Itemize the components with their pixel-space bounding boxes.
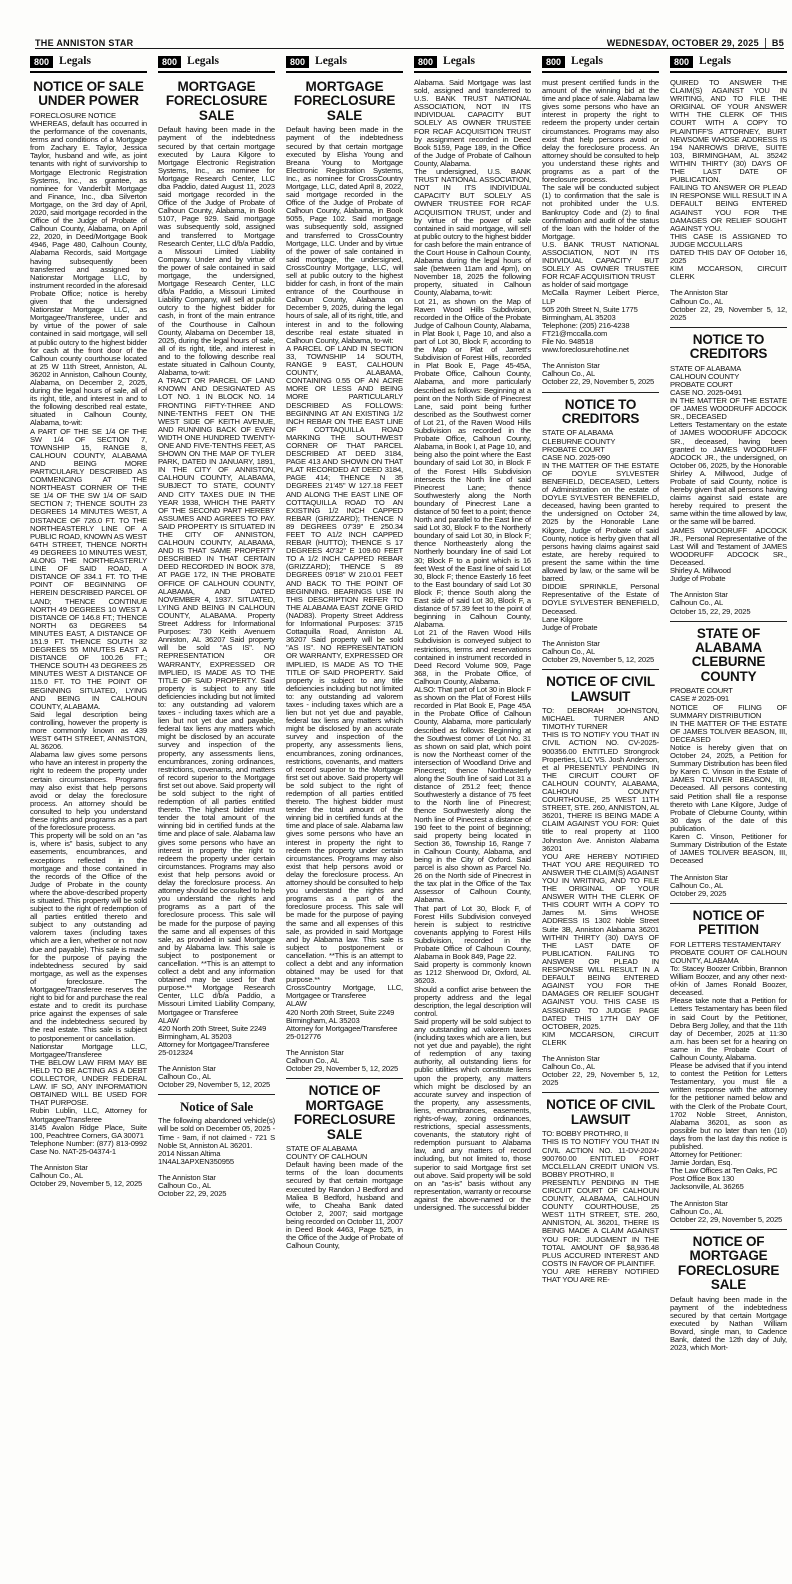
category-code: 800	[670, 56, 693, 68]
notice-heading: MORTGAGE FORECLOSURE SALE	[286, 80, 403, 123]
notice-heading: NOTICE TO CREDITORS	[542, 398, 659, 427]
notice-body: PROBATE COURT CASE # 2025-091 NOTICE OF …	[670, 687, 787, 897]
notice-heading: NOTICE OF CIVIL LAWSUIT	[542, 1098, 659, 1127]
legals-column: 800 Legals MORTGAGE FORECLOSURE SALEDefa…	[286, 56, 403, 1574]
notice-heading: NOTICE OF MORTGAGE FORECLOSURE SALE	[670, 1235, 787, 1293]
page-number: B5	[765, 38, 784, 48]
legal-notice: NOTICE TO CREDITORSSTATE OF ALABAMA CALH…	[670, 327, 787, 618]
page-header: THE ANNISTON STAR WEDNESDAY, OCTOBER 29,…	[35, 33, 784, 49]
notice-heading: NOTICE TO CREDITORS	[670, 333, 787, 362]
masthead: THE ANNISTON STAR	[35, 38, 133, 48]
legals-column: 800 Legals MORTGAGE FORECLOSURE SALEDefa…	[158, 56, 275, 1574]
notice-heading: NOTICE OF PETITION	[670, 909, 787, 938]
legals-column: 800 Legals QUIRED TO ANSWER THE CLAIM(S)…	[670, 56, 787, 1574]
newspaper-page: THE ANNISTON STAR WEDNESDAY, OCTOBER 29,…	[0, 0, 792, 1584]
notice-body: TO: BOBBY PROTHRO, II THIS IS TO NOTIFY …	[542, 1130, 659, 1284]
legal-notice: MORTGAGE FORECLOSURE SALEDefault having …	[286, 78, 403, 1075]
category-label: Legals	[315, 56, 347, 68]
legal-notice: MORTGAGE FORECLOSURE SALEDefault having …	[158, 78, 275, 1091]
legal-notice: Alabama. Said Mortgage was last sold, as…	[414, 78, 531, 1214]
category-label: Legals	[443, 56, 475, 68]
category-badge: 800 Legals	[542, 56, 659, 73]
notice-body: Default having been made in the payment …	[158, 126, 275, 1089]
notice-body: The following abandoned vehicle(s) will …	[158, 1117, 275, 1198]
notice-body: FORECLOSURE NOTICE WHEREAS, default has …	[30, 112, 147, 1188]
dateline-block: WEDNESDAY, OCTOBER 29, 2025 B5	[607, 38, 784, 48]
category-badge: 800 Legals	[670, 56, 787, 73]
notice-body: STATE OF ALABAMA COUNTY OF CALHOUN Defau…	[286, 1145, 403, 1250]
notice-list: NOTICE OF SALE UNDER POWERFORECLOSURE NO…	[30, 78, 147, 1190]
legal-notice: QUIRED TO ANSWER THE CLAIM(S) AGAINST YO…	[670, 78, 787, 324]
legal-notice: NOTICE TO CREDITORSSTATE OF ALABAMA CLEB…	[542, 392, 659, 667]
notice-list: MORTGAGE FORECLOSURE SALEDefault having …	[158, 78, 275, 1200]
notice-body: QUIRED TO ANSWER THE CLAIM(S) AGAINST YO…	[670, 79, 787, 322]
notice-body: Default having been made in the payment …	[286, 126, 403, 1073]
category-badge: 800 Legals	[30, 56, 147, 73]
category-code: 800	[286, 56, 309, 68]
category-label: Legals	[699, 56, 731, 68]
notice-heading: STATE OF ALABAMA CLEBURNE COUNTY	[670, 627, 787, 685]
category-label: Legals	[59, 56, 91, 68]
category-code: 800	[542, 56, 565, 68]
notice-list: QUIRED TO ANSWER THE CLAIM(S) AGAINST YO…	[670, 78, 787, 1354]
notice-list: Alabama. Said Mortgage was last sold, as…	[414, 78, 531, 1214]
category-badge: 800 Legals	[158, 56, 275, 73]
legal-notice: Notice of SaleThe following abandoned ve…	[158, 1094, 275, 1200]
notice-heading: NOTICE OF SALE UNDER POWER	[30, 80, 147, 109]
legals-column: 800 Legals NOTICE OF SALE UNDER POWERFOR…	[30, 56, 147, 1574]
category-code: 800	[158, 56, 181, 68]
category-label: Legals	[187, 56, 219, 68]
legal-notice: NOTICE OF PETITIONFOR LETTERS TESTAMENTA…	[670, 903, 787, 1226]
legal-notice: must present certified funds in the amou…	[542, 78, 659, 389]
notice-body: Alabama. Said Mortgage was last sold, as…	[414, 79, 531, 1212]
notice-heading: NOTICE OF MORTGAGE FORECLOSURE SALE	[286, 1084, 403, 1142]
notice-list: MORTGAGE FORECLOSURE SALEDefault having …	[286, 78, 403, 1252]
notice-body: TO: DEBORAH JOHNSTON, MICHAEL TURNER AND…	[542, 707, 659, 1087]
category-code: 800	[414, 56, 437, 68]
notice-body: STATE OF ALABAMA CLEBURNE COUNTY PROBATE…	[542, 429, 659, 664]
category-label: Legals	[571, 56, 603, 68]
legal-notice: STATE OF ALABAMA CLEBURNE COUNTYPROBATE …	[670, 621, 787, 900]
notice-heading: Notice of Sale	[158, 1100, 275, 1114]
notice-body: STATE OF ALABAMA CALHOUN COUNTY PROBATE …	[670, 365, 787, 616]
category-code: 800	[30, 56, 53, 68]
legals-column: 800 Legals must present certified funds …	[542, 56, 659, 1574]
legal-notice: NOTICE OF MORTGAGE FORECLOSURE SALEDefau…	[670, 1229, 787, 1354]
legal-notice: NOTICE OF MORTGAGE FORECLOSURE SALESTATE…	[286, 1078, 403, 1252]
legal-notice: NOTICE OF CIVIL LAWSUITTO: BOBBY PROTHRO…	[542, 1092, 659, 1286]
notice-body: must present certified funds in the amou…	[542, 79, 659, 387]
notice-body: FOR LETTERS TESTAMENTARY PROBATE COURT O…	[670, 941, 787, 1224]
legals-column: 800 Legals Alabama. Said Mortgage was la…	[414, 56, 531, 1574]
dateline: WEDNESDAY, OCTOBER 29, 2025	[607, 38, 759, 48]
legals-columns: 800 Legals NOTICE OF SALE UNDER POWERFOR…	[30, 56, 787, 1574]
legal-notice: NOTICE OF CIVIL LAWSUITTO: DEBORAH JOHNS…	[542, 669, 659, 1089]
legal-notice: NOTICE OF SALE UNDER POWERFORECLOSURE NO…	[30, 78, 147, 1190]
notice-heading: NOTICE OF CIVIL LAWSUIT	[542, 675, 659, 704]
notice-heading: MORTGAGE FORECLOSURE SALE	[158, 80, 275, 123]
category-badge: 800 Legals	[414, 56, 531, 73]
notice-list: must present certified funds in the amou…	[542, 78, 659, 1286]
notice-body: Default having been made in the payment …	[670, 1296, 787, 1353]
category-badge: 800 Legals	[286, 56, 403, 73]
